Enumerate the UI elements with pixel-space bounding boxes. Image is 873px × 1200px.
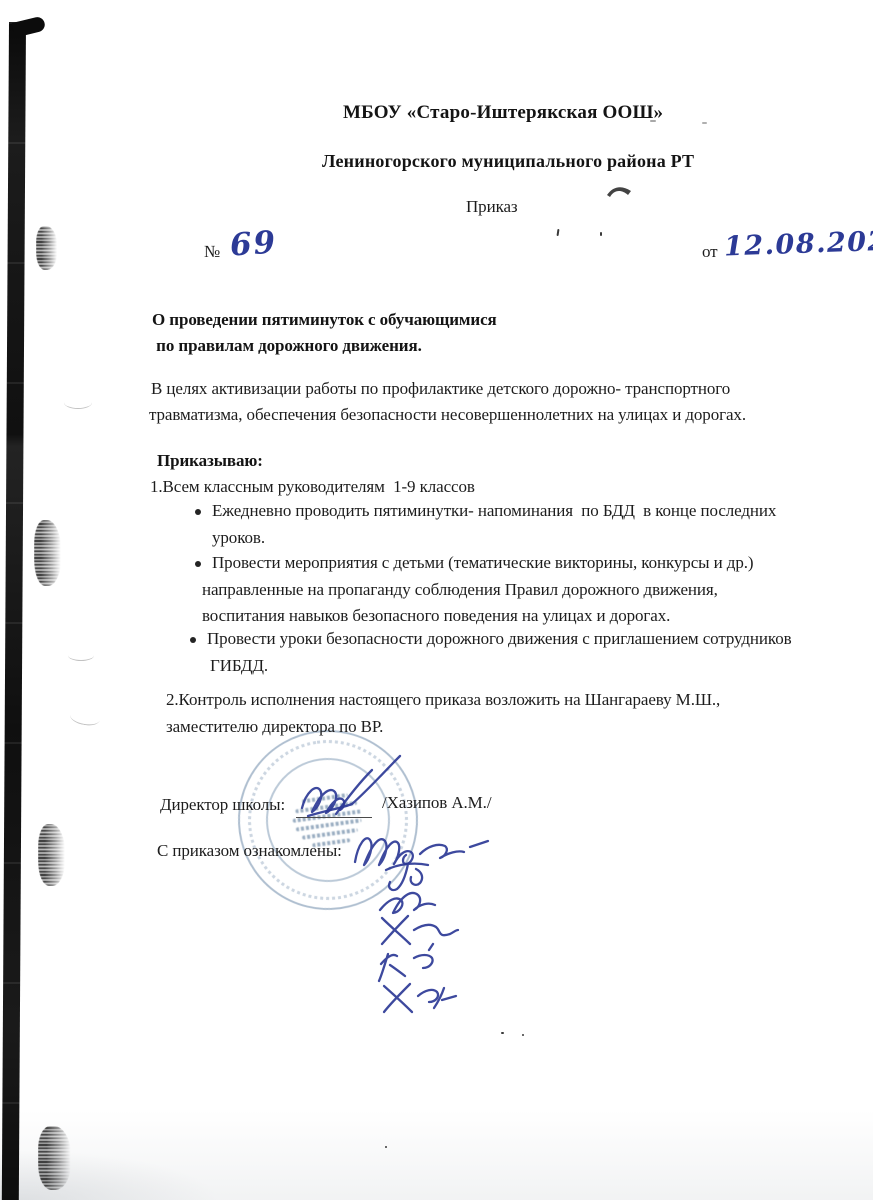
- bullet-icon: [195, 561, 201, 567]
- doc-number-label: №: [204, 242, 220, 262]
- doc-number-handwritten: 69: [229, 224, 279, 263]
- scan-edge-shadow: [2, 22, 26, 1200]
- bullet-3-line-1: Провести уроки безопасности дорожного дв…: [207, 629, 792, 649]
- scan-speck: [385, 1146, 387, 1148]
- scan-curl-mark: [69, 708, 101, 728]
- doc-type-title: Приказ: [466, 197, 518, 217]
- scan-speck: [522, 1034, 524, 1036]
- bullet-1-line-1: Ежедневно проводить пятиминутки- напомин…: [212, 501, 776, 521]
- clause-2-line-2: заместителю директора по ВР.: [166, 717, 383, 737]
- clause-1: 1.Всем классным руководителям 1-9 классо…: [150, 477, 475, 497]
- org-name: МБОУ «Старо-Иштерякская ООШ»: [343, 102, 663, 125]
- preamble-line-2: травматизма, обеспечения безопасности не…: [149, 405, 746, 425]
- scan-curl-mark: [64, 396, 92, 409]
- preamble-line-1: В целях активизации работы по профилакти…: [151, 379, 730, 399]
- scan-speck: [501, 1032, 504, 1034]
- scan-curl-mark: [68, 650, 94, 661]
- bullet-2-line-2: направленные на пропаганду соблюдения Пр…: [202, 580, 718, 600]
- director-label: Директор школы:: [160, 795, 285, 815]
- acknowledgement-signatures: [330, 822, 510, 1022]
- scan-speck: [557, 229, 560, 236]
- bullet-icon: [195, 509, 201, 515]
- scan-smudge: [34, 520, 62, 586]
- director-signature: [288, 750, 408, 822]
- order-heading: Приказываю:: [157, 451, 263, 471]
- doc-date-handwritten: 12.08.2024г: [724, 225, 873, 263]
- org-region: Лениногорского муниципального района РТ: [322, 151, 694, 173]
- scanned-order-document: МБОУ «Старо-Иштерякская ООШ» Лениногорск…: [0, 0, 873, 1200]
- scan-ink-tick: [604, 184, 636, 200]
- scan-speck: [702, 122, 707, 124]
- bullet-icon: [190, 637, 196, 643]
- doc-date-label: от: [702, 242, 718, 262]
- scan-smudge: [38, 824, 66, 886]
- scan-smudge: [36, 226, 58, 270]
- bullet-1-line-2: уроков.: [212, 528, 265, 548]
- subject-line-2: по правилам дорожного движения.: [152, 336, 422, 356]
- bullet-3-line-2: ГИБДД.: [210, 656, 268, 676]
- subject-line-1: О проведении пятиминуток с обучающимися: [152, 310, 497, 330]
- scan-corner-shading: [0, 1150, 220, 1200]
- bullet-2-line-1: Провести мероприятия с детьми (тематичес…: [212, 553, 753, 573]
- acknowledged-label: С приказом ознакомлены:: [157, 841, 342, 861]
- clause-2-line-1: 2.Контроль исполнения настоящего приказа…: [166, 690, 720, 710]
- scan-smudge: [38, 1126, 72, 1190]
- bullet-2-line-3: воспитания навыков безопасного поведения…: [202, 606, 670, 626]
- scan-speck: [600, 232, 602, 236]
